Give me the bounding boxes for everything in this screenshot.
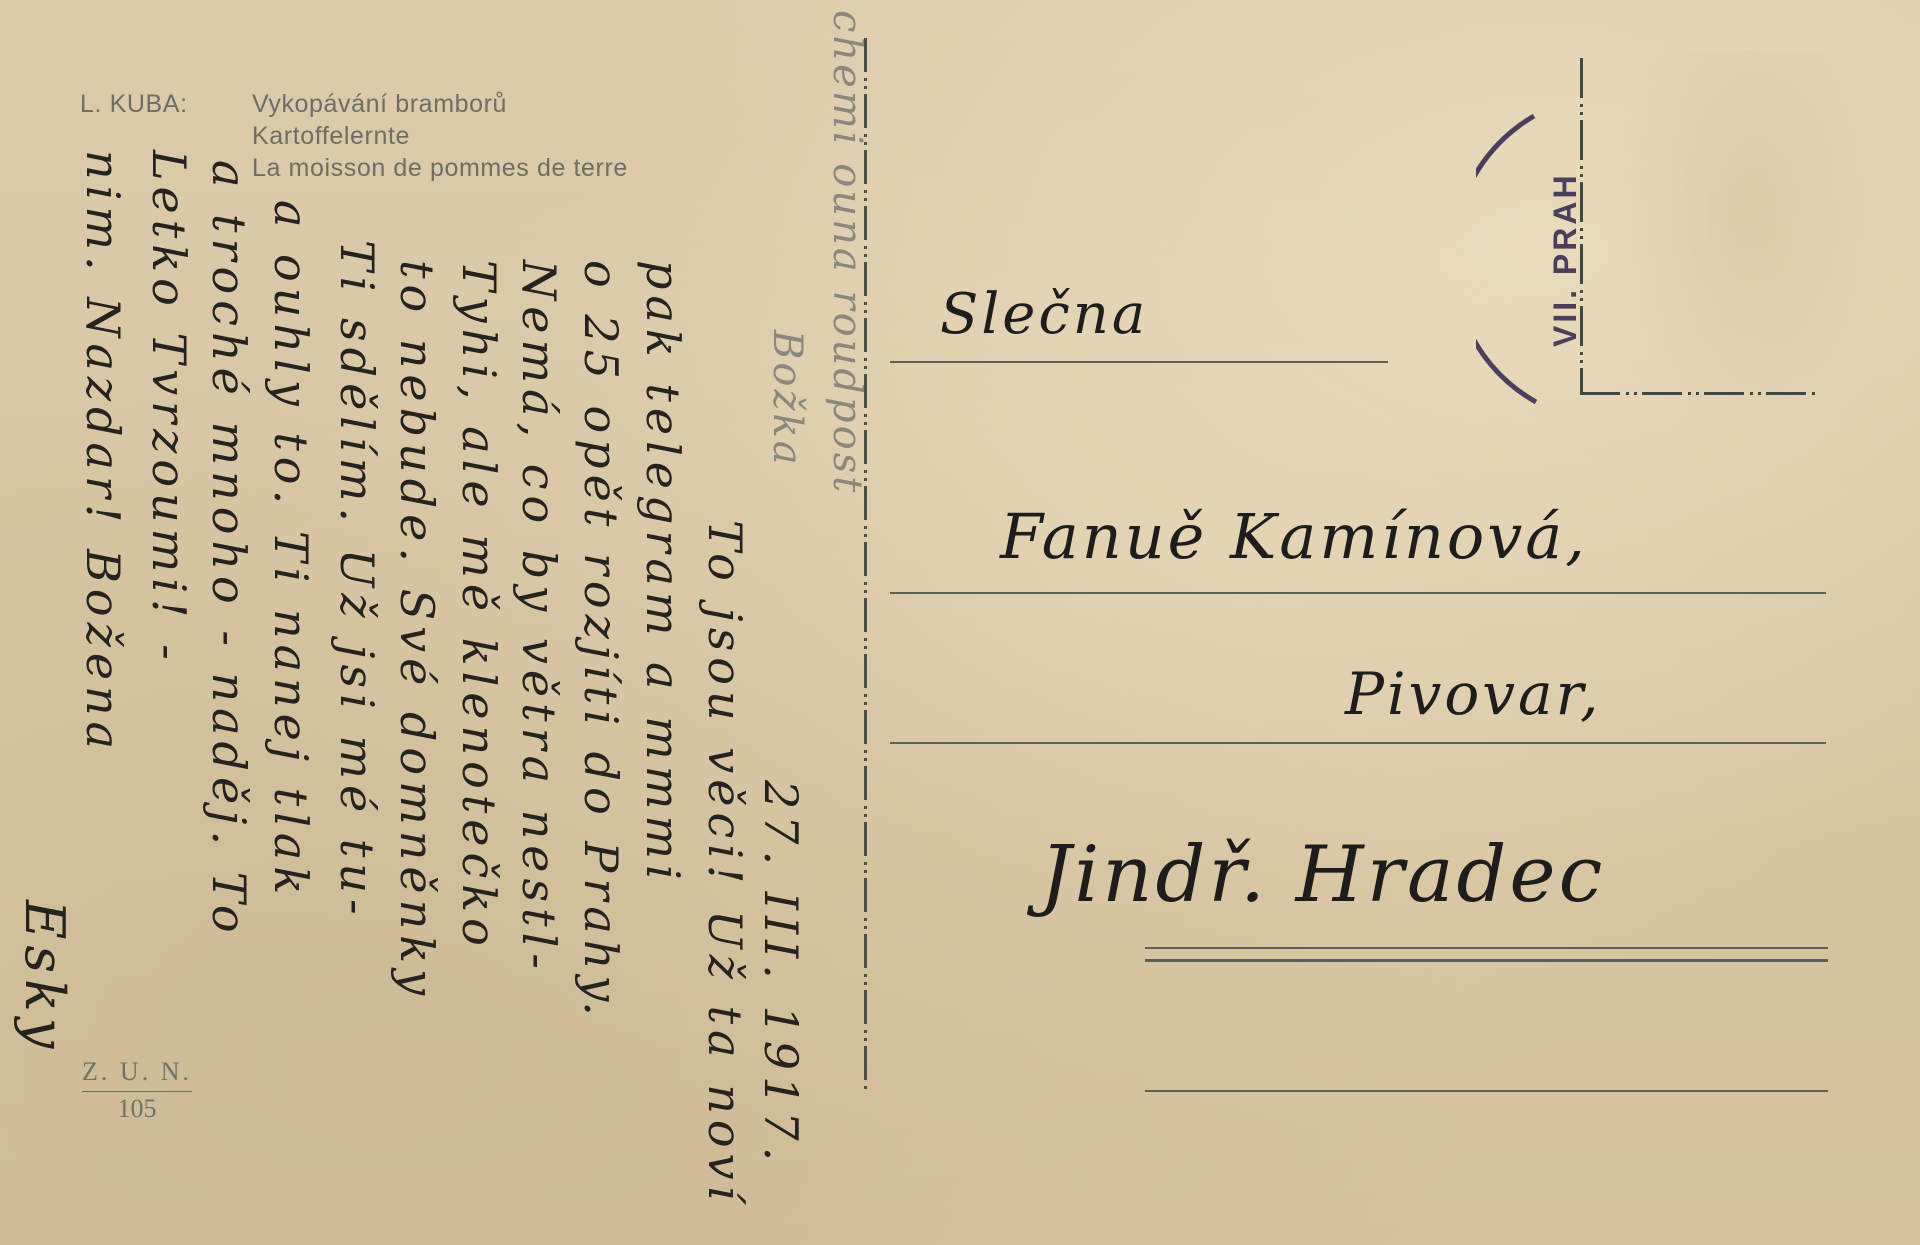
svg-text:VII. PRAH: VII. PRAH [1547,172,1583,347]
center-divider [864,38,867,1090]
message-column: To jsou věci! Už ta noví [698,520,752,1206]
message-column: Tyhi, ale mě klenotečko [452,260,506,952]
address-line2-text: Pivovar, [1345,660,1601,728]
address-line-3 [890,742,1826,744]
printer-initials: Z. U. N. [82,1057,192,1092]
address-city: Jindř. Hradec [1040,830,1605,920]
address-line-2 [890,592,1826,594]
printer-mark: Z. U. N. 105 [82,1057,192,1124]
message-column: Letko Tvrzoumi! - [142,150,196,666]
message-column: Ti sdělím. Už jsi mé tu- [330,240,384,921]
caption-author: L. KUBA: [80,88,252,120]
pencil-note: Božka [764,330,810,468]
message-date: 27. III. 1917. [754,780,808,1167]
message-column: nim. Nazdar! Božena [76,150,130,755]
address-line-1 [890,361,1388,363]
message-column: a troché mnoho - naděj. To [202,160,256,939]
message-column: pak telegram a mmmi [636,260,690,886]
address-line-4b [1145,959,1828,962]
caption-title-cz: Vykopávání bramborů [252,88,507,120]
message-column: o 25 opět rozjíti do Prahy. [574,260,628,1022]
caption-title-de: Kartoffelernte [80,120,628,152]
postmark-icon: VII. PRAH [1476,112,1756,412]
signature: Esky [13,900,76,1054]
message-column: Nemá, co by větra nestl- [512,260,566,975]
postcard-back: L. KUBA: Vykopávání bramborů Kartoffeler… [0,0,1920,1245]
address-salutation: Slečna [940,282,1148,347]
printer-number: 105 [82,1092,192,1124]
address-name: Fanuě Kamínová, [1000,500,1588,573]
address-line-5 [1145,1090,1828,1092]
message-column: to nebude. Své domněnky [390,260,444,1001]
address-line-4a [1145,947,1828,949]
message-column: a ouhly to. Ti nanej tlak [264,200,318,900]
